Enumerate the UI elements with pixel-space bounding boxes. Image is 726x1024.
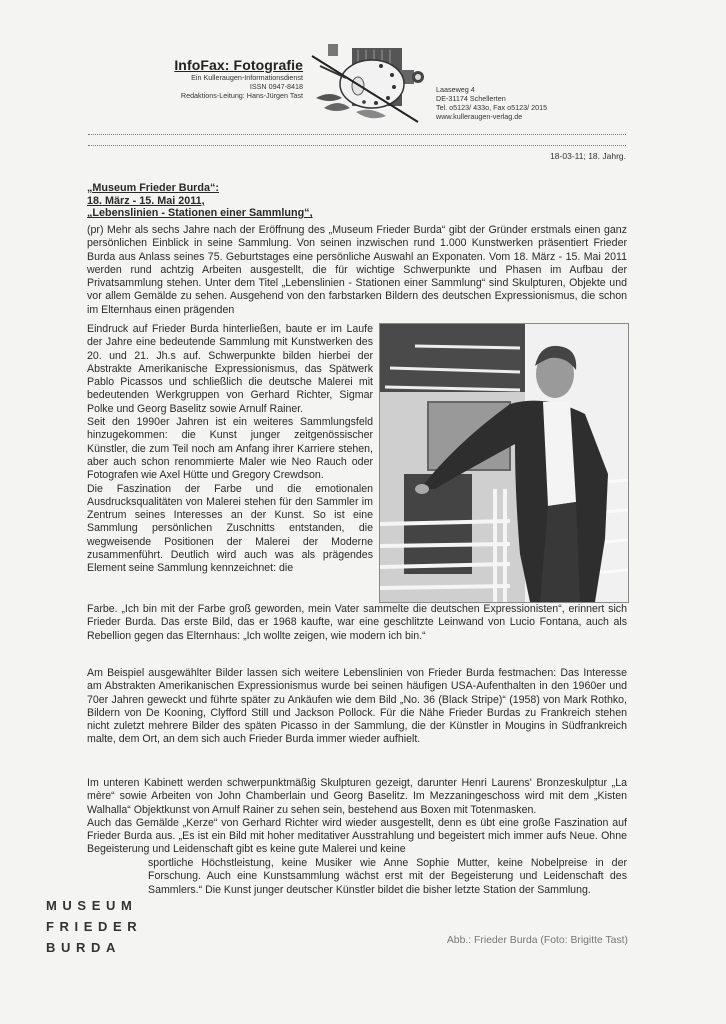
divider — [88, 145, 626, 146]
address-website: www.kulleraugen-verlag.de — [436, 112, 547, 121]
logo-line: FRIEDER — [46, 916, 142, 937]
publisher-address: Laaseweg 4 DE-31174 Schellerten Tel. o51… — [436, 85, 547, 121]
article-headline: „Museum Frieder Burda“: 18. März - 15. M… — [87, 182, 313, 220]
paragraph-five: sportliche Höchstleistung, keine Musiker… — [148, 857, 627, 897]
paragraph-four: Im unteren Kabinett werden schwerpunktmä… — [87, 777, 627, 857]
column-paragraph: Eindruck auf Frieder Burda hinterließen,… — [87, 323, 373, 416]
column-text: Eindruck auf Frieder Burda hinterließen,… — [87, 323, 373, 576]
logo-line: MUSEUM — [46, 895, 142, 916]
issn: ISSN 0947-8418 — [135, 82, 303, 91]
continuation-paragraph: Farbe. „Ich bin mit der Farbe groß gewor… — [87, 603, 627, 643]
paragraph-four-b: Auch das Gemälde „Kerze“ von Gerhard Ric… — [87, 817, 627, 857]
address-street: Laaseweg 4 — [436, 85, 547, 94]
paragraph-four-a: Im unteren Kabinett werden schwerpunktmä… — [87, 777, 627, 817]
publication-title: InfoFax: Fotografie — [135, 57, 303, 73]
masthead: InfoFax: Fotografie Ein Kulleraugen-Info… — [135, 57, 303, 100]
column-paragraph: Die Faszination der Farbe und die emotio… — [87, 483, 373, 576]
headline-dates: 18. März - 15. Mai 2011, — [87, 195, 313, 208]
subtitle: Ein Kulleraugen-Informationsdienst — [135, 73, 303, 82]
fax-page: InfoFax: Fotografie Ein Kulleraugen-Info… — [0, 0, 726, 1024]
editor: Redaktions-Leitung: Hans-Jürgen Tast — [135, 91, 303, 100]
portrait-photo — [379, 323, 629, 603]
photo-caption: Abb.: Frieder Burda (Foto: Brigitte Tast… — [447, 935, 628, 946]
address-phone-fax: Tel. o5123/ 433o, Fax o5123/ 2015 — [436, 103, 547, 112]
headline-museum: „Museum Frieder Burda“: — [87, 182, 313, 195]
address-city: DE-31174 Schellerten — [436, 94, 547, 103]
intro-paragraph: (pr) Mehr als sechs Jahre nach der Eröff… — [87, 224, 627, 317]
column-paragraph: Seit den 1990er Jahren ist ein weiteres … — [87, 416, 373, 482]
issue-date: 18-03-11; 18. Jahrg. — [550, 151, 626, 161]
museum-frieder-burda-logo: MUSEUM FRIEDER BURDA — [46, 895, 142, 958]
painter-palette-camera-logo-icon — [306, 42, 434, 128]
divider — [88, 134, 626, 135]
paragraph-three: Am Beispiel ausgewählter Bilder lassen s… — [87, 667, 627, 747]
logo-line: BURDA — [46, 937, 142, 958]
headline-exhibition: „Lebenslinien - Stationen einer Sammlung… — [87, 207, 313, 220]
